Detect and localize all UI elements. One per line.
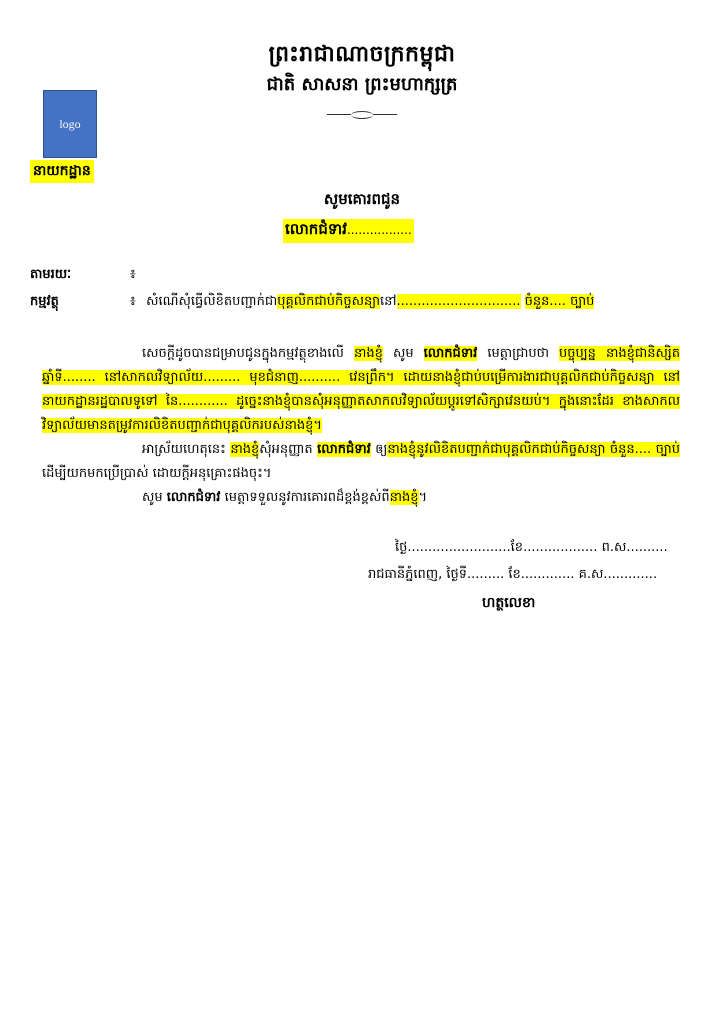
p2-text: អាស្រ័យហេតុនេះ [142, 442, 226, 457]
subject-colon: ៖ [130, 293, 142, 312]
solar-date-line: រាជធានីភ្នំពេញ, ថ្ងៃទី......... ខែ......… [368, 566, 657, 585]
national-motto: ជាតិ សាសនា ព្រះមហាក្សត្រ [0, 72, 724, 99]
subject-highlight-place: .............................. [397, 294, 521, 309]
subject-text: សំណើសុំធ្វើលិខិតបញ្ជាក់ជា [146, 294, 277, 309]
p2-text-request: សុំអនុញ្ញាត [259, 442, 312, 457]
via-row: តាមរយៈ៖ [30, 266, 142, 285]
recipient-title: លោកជំទាវ................. [283, 219, 414, 243]
p1-text-please: សូម [393, 346, 414, 361]
p1-text-inform: មេត្តាជ្រាបថា [487, 346, 549, 361]
p2-highlight-recipient: លោកជំទាវ [317, 442, 371, 457]
via-colon: ៖ [130, 266, 142, 285]
logo-placeholder: logo [43, 90, 97, 158]
signature-label: ហត្ថលេខា [482, 593, 535, 614]
subject-highlight-staff: បុគ្គលិកជាប់កិច្ចសន្យា [277, 294, 380, 309]
respect-line: សូមគោរពជូន [0, 190, 724, 212]
p3-text: សូម [142, 490, 163, 505]
subject-highlight-count: ចំនួន.... ច្បាប់ [525, 294, 595, 309]
p3-text-respect: មេត្តាទទួលនូវការគោរពដ៏ខ្ពង់ខ្ពស់ពី [225, 490, 390, 505]
ornament-divider-icon [327, 114, 397, 116]
p3-end: ។ [419, 490, 428, 505]
subject-row: កម្មវត្ថុ៖ សំណើសុំធ្វើលិខិតបញ្ជាក់ជាបុគ្… [30, 293, 594, 312]
p3-recipient: លោកជំទាវ [167, 490, 221, 505]
recipient-dots: ................. [347, 223, 412, 237]
subject-text-at: នៅ [380, 294, 397, 309]
p2-highlight-request: នាងខ្ញុំនូវលិខិតបញ្ជាក់ជាបុគ្គលិកជាប់កិច… [387, 442, 680, 457]
p2-text-end: ដើម្បីយកមកប្រើប្រាស់ ដោយក្ដីអនុគ្រោះផងចុ… [42, 466, 271, 481]
lunar-date-line: ថ្ងៃ.........................ខែ.........… [395, 539, 668, 558]
p3-highlight-self: នាងខ្ញុំ [390, 490, 419, 505]
subject-label: កម្មវត្ថុ [30, 293, 130, 312]
recipient-name: លោកជំទាវ [285, 220, 347, 238]
kingdom-title: ព្រះរាជាណាចក្រកម្ពុជា [0, 40, 724, 72]
via-label: តាមរយៈ [30, 266, 130, 285]
p1-highlight-recipient: លោកជំទាវ [424, 346, 478, 361]
department-name: នាយកដ្ឋាន [30, 160, 94, 183]
p1-text: សេចក្ដីដូចបានជម្រាបជូនក្នុងកម្មវត្ថុខាងល… [142, 346, 344, 361]
p1-highlight-self: នាងខ្ញុំ [354, 346, 383, 361]
p2-highlight-self: នាងខ្ញុំ [230, 442, 259, 457]
p2-text-give: ឲ្យ [375, 442, 387, 457]
body-paragraph-1: សេចក្ដីដូចបានជម្រាបជូនក្នុងកម្មវត្ថុខាងល… [42, 342, 680, 510]
logo-label: logo [59, 117, 80, 132]
